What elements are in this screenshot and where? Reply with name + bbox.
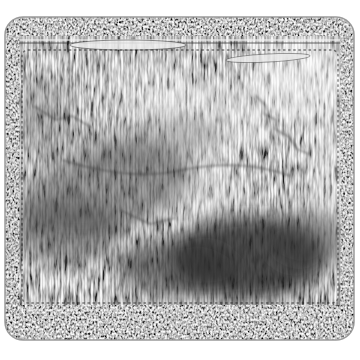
product-photo [0,0,360,360]
foil-pad-illustration [0,0,360,360]
foil-pad [0,17,356,340]
